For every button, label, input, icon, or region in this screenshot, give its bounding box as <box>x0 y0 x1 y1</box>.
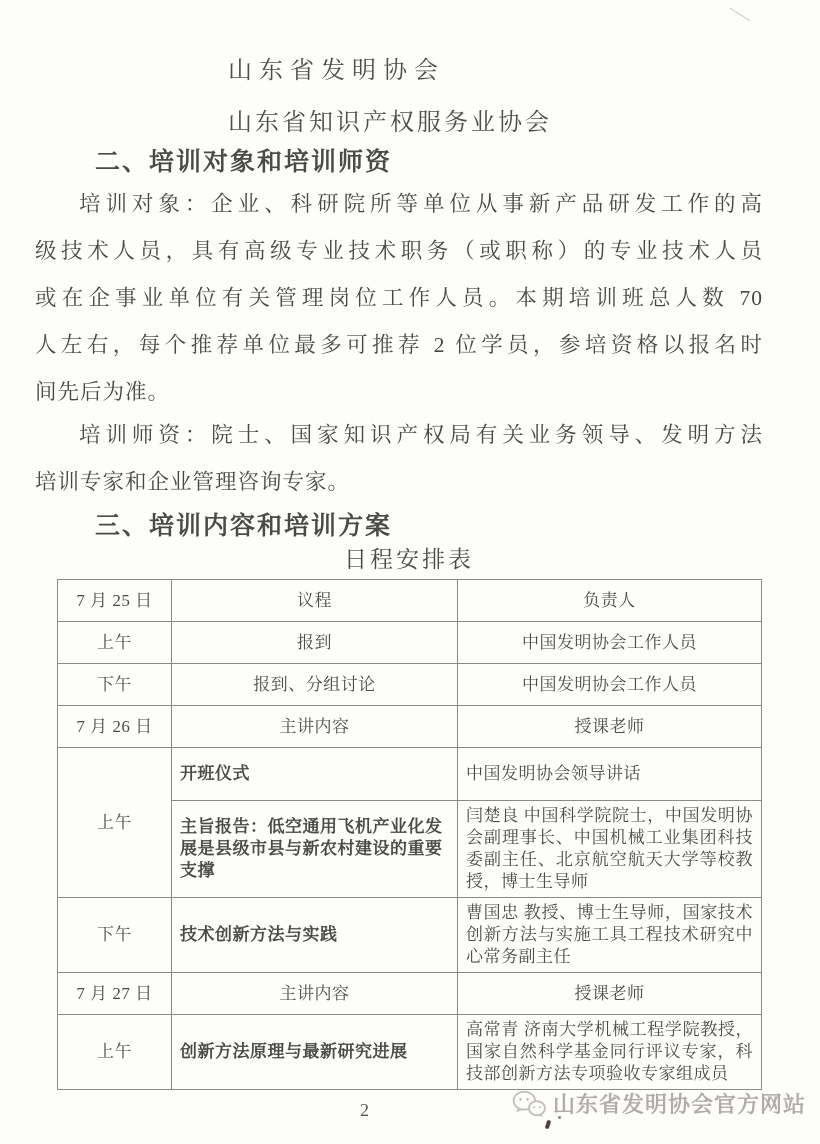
table-row: 下午 技术创新方法与实践 曹国忠 教授、博士生导师，国家技术创新方法与实施工具工… <box>58 898 762 973</box>
schedule-cell-period: 下午 <box>58 664 172 706</box>
schedule-cell-date: 7 月 25 日 <box>58 580 172 622</box>
table-row: 7 月 25 日 议程 负责人 <box>58 580 762 622</box>
schedule-cell-agenda-header: 主讲内容 <box>172 973 458 1015</box>
schedule-table: 7 月 25 日 议程 负责人 上午 报到 中国发明协会工作人员 下午 报到、分… <box>57 579 762 1090</box>
schedule-cell-topic: 开班仪式 <box>172 748 458 801</box>
schedule-cell-date: 7 月 26 日 <box>58 706 172 748</box>
table-row: 上午 创新方法原理与最新研究进展 高常青 济南大学机械工程学院教授，国家自然科学… <box>58 1015 762 1090</box>
schedule-cell-person: 曹国忠 教授、博士生导师，国家技术创新方法与实施工具工程技术研究中心常务副主任 <box>458 898 762 973</box>
schedule-cell-agenda-header: 议程 <box>172 580 458 622</box>
schedule-cell-person-header: 授课老师 <box>458 706 762 748</box>
schedule-cell-date: 7 月 27 日 <box>58 973 172 1015</box>
scanned-document-page: 山东省发明协会 山东省知识产权服务业协会 二、培训对象和培训师资 培训对象：企业… <box>0 0 820 1144</box>
table-row: 7 月 26 日 主讲内容 授课老师 <box>58 706 762 748</box>
site-watermark-text: 山东省发明协会官方网站 <box>553 1088 806 1119</box>
schedule-cell-person: 闫楚良 中国科学院院士，中国发明协会副理事长、中国机械工业集团科技委副主任、北京… <box>458 801 762 898</box>
paragraph-line: 人左右，每个推荐单位最多可推荐 2 位学员，参培资格以报名时 <box>35 322 763 369</box>
schedule-cell-person-header: 授课老师 <box>458 973 762 1015</box>
schedule-cell-period: 下午 <box>58 898 172 973</box>
paragraph-line: 级技术人员，具有高级专业技术职务（或职称）的专业技术人员 <box>35 228 763 275</box>
organizer-line-1: 山东省发明协会 <box>228 50 445 85</box>
wechat-icon <box>512 1090 546 1118</box>
section2-heading: 二、培训对象和培训师资 <box>95 142 392 178</box>
table-row: 7 月 27 日 主讲内容 授课老师 <box>58 973 762 1015</box>
paragraph-line: 培训师资：院士、国家知识产权局有关业务领导、发明方法 <box>35 412 763 459</box>
table-row: 上午 报到 中国发明协会工作人员 <box>58 622 762 664</box>
schedule-cell-person: 中国发明协会工作人员 <box>458 664 762 706</box>
table-row: 上午 开班仪式 中国发明协会领导讲话 <box>58 748 762 801</box>
schedule-cell-period: 上午 <box>58 1015 172 1090</box>
schedule-cell-person: 高常青 济南大学机械工程学院教授，国家自然科学基金同行评议专家，科技部创新方法专… <box>458 1015 762 1090</box>
paragraph-line: 间先后为准。 <box>35 369 763 416</box>
schedule-cell-person: 中国发明协会工作人员 <box>458 622 762 664</box>
schedule-cell-topic: 创新方法原理与最新研究进展 <box>172 1015 458 1090</box>
schedule-cell-agenda-header: 主讲内容 <box>172 706 458 748</box>
site-watermark: 山东省发明协会官方网站 <box>512 1088 806 1119</box>
table-row: 下午 报到、分组讨论 中国发明协会工作人员 <box>58 664 762 706</box>
page-number: 2 <box>360 1100 369 1121</box>
schedule-cell-topic: 技术创新方法与实践 <box>172 898 458 973</box>
section2-paragraph-2: 培训师资：院士、国家知识产权局有关业务领导、发明方法 培训专家和企业管理咨询专家… <box>35 412 763 506</box>
scan-artifact-line <box>730 8 751 22</box>
paragraph-line: 或在企事业单位有关管理岗位工作人员。本期培训班总人数 70 <box>35 275 763 322</box>
scan-speck <box>545 1120 552 1130</box>
schedule-cell-period: 上午 <box>58 748 172 898</box>
schedule-cell-person-header: 负责人 <box>458 580 762 622</box>
paragraph-line: 培训对象：企业、科研院所等单位从事新产品研发工作的高 <box>35 181 763 228</box>
schedule-table-title: 日程安排表 <box>57 541 761 574</box>
paragraph-line: 培训专家和企业管理咨询专家。 <box>35 459 763 506</box>
section2-paragraph-1: 培训对象：企业、科研院所等单位从事新产品研发工作的高 级技术人员，具有高级专业技… <box>35 181 763 416</box>
schedule-cell-agenda: 报到、分组讨论 <box>172 664 458 706</box>
section3-heading: 三、培训内容和培训方案 <box>95 506 392 542</box>
organizer-line-2: 山东省知识产权服务业协会 <box>228 102 552 137</box>
schedule-cell-period: 上午 <box>58 622 172 664</box>
schedule-cell-person: 中国发明协会领导讲话 <box>458 748 762 801</box>
schedule-cell-topic: 主旨报告：低空通用飞机产业化发展是县级市县与新农村建设的重要支撑 <box>172 801 458 898</box>
schedule-cell-agenda: 报到 <box>172 622 458 664</box>
